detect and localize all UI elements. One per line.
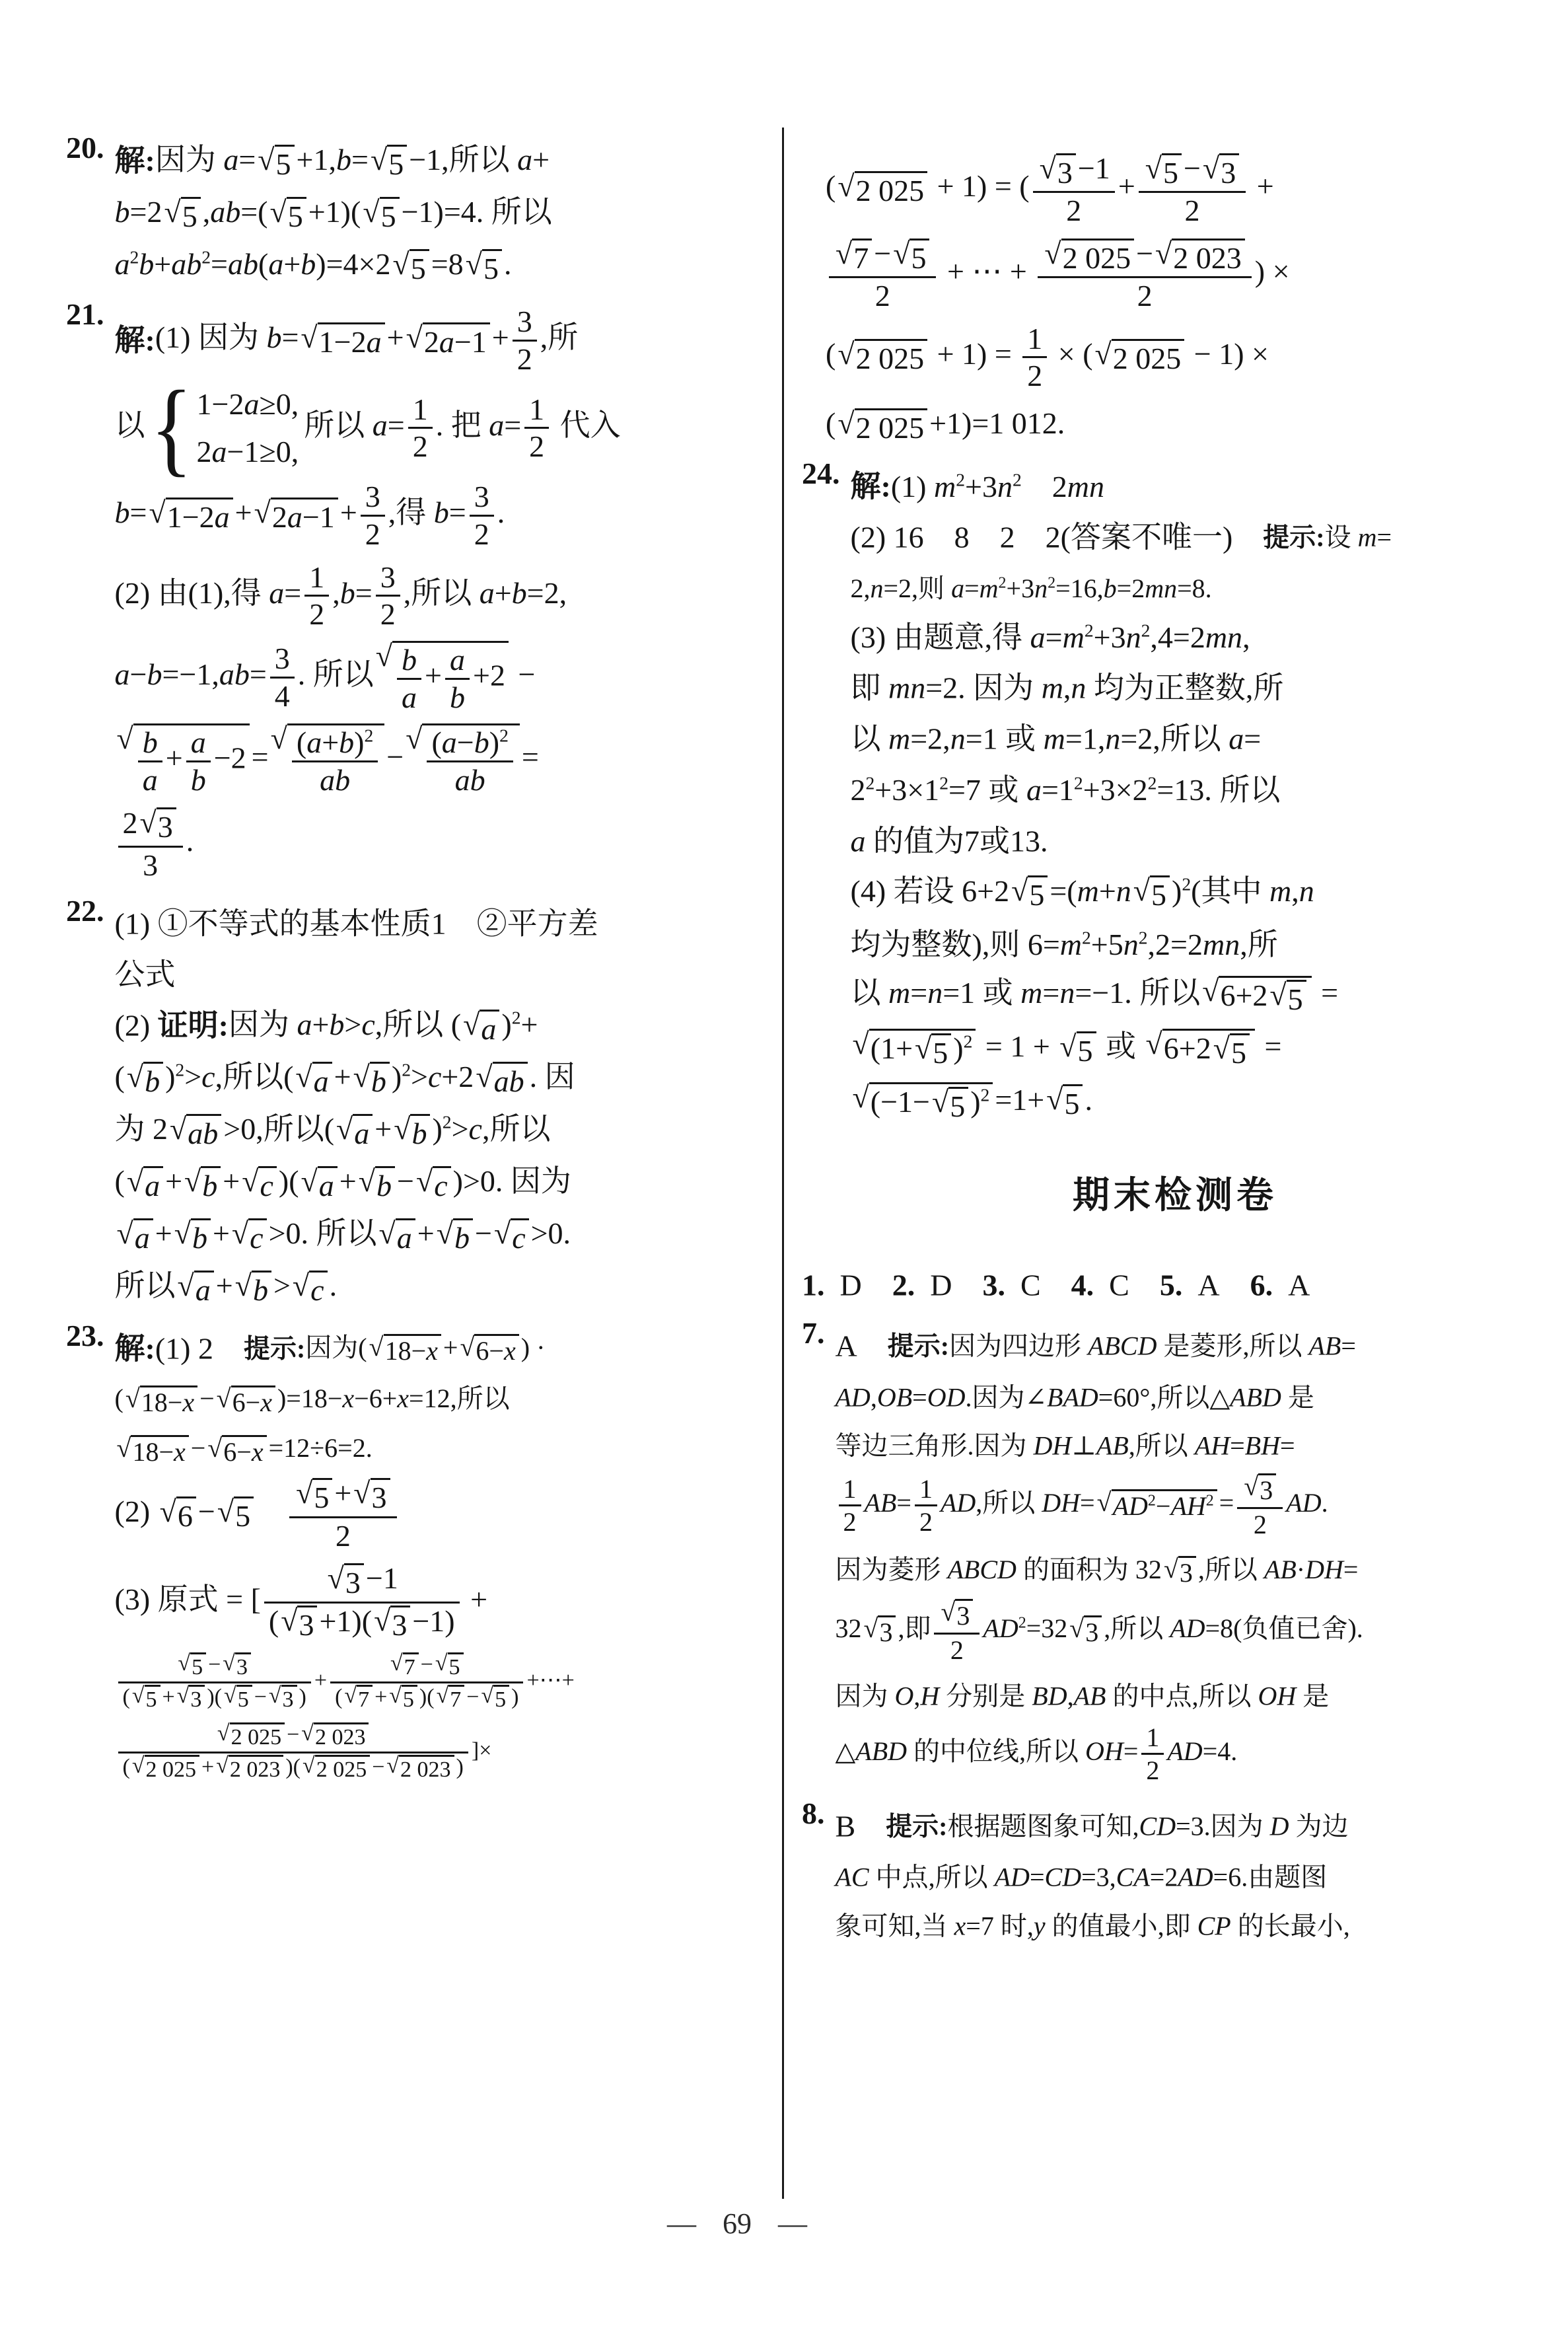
column-divider (782, 128, 784, 2199)
sqrt-radical: √5 (1046, 1084, 1083, 1121)
problem-22: 22.(1) ①不等式的基本性质1 ②平方差公式(2) 证明:因为 a+b>c,… (66, 892, 774, 1317)
sqrt-radical: √5 (1011, 875, 1048, 912)
sqrt-radical: √2 025 (837, 339, 927, 376)
sqrt-radical: √c (416, 1166, 451, 1203)
sqrt-radical: √3 (223, 1652, 251, 1680)
math-line: 象可知,当 x=7 时,y 的值最小,即 CP 的长最小, (836, 1904, 1549, 1942)
sqrt-radical: √7 (437, 1685, 465, 1713)
text-run: 因为 a+b>c,所以 (√a)2+ (229, 1008, 538, 1041)
text-run: (√b)2>c,所以(√a+√b)2>c+2√ab. 因 (115, 1060, 575, 1093)
sqrt-radical: √2a−1 (254, 498, 338, 535)
text-run: (√2 025 + 1) = 12 × (√2 025 − 1) × (826, 337, 1269, 371)
text-run: AD,OB=OD.因为∠BAD=60°,所以△ABD 是 (836, 1382, 1314, 1412)
sqrt-radical: √5 (363, 197, 399, 234)
text-run: △ABD 的中位线,所以 OH=12AD=4. (836, 1736, 1238, 1766)
problem-number: 20. (66, 129, 104, 167)
text-run: √(1+√5)2 = 1 + √5 或 √6+2√5 = (851, 1029, 1282, 1063)
page: 20.解:因为 a=√5+1,b=√5−1,所以 a+b=2√5,ab=(√5+… (0, 0, 1568, 2325)
fraction: 12 (1141, 1723, 1164, 1785)
fraction: 32 (361, 480, 385, 550)
sqrt-radical: √5 (178, 1652, 206, 1680)
math-line: 均为整数),则 6=m2+5n2,2=2mn,所 (851, 922, 1549, 963)
text-run: A (1273, 1269, 1310, 1302)
fraction: ba (397, 644, 421, 714)
text-run: 因为 O,H 分别是 BD,AB 的中点,所以 OH 是 (836, 1681, 1330, 1711)
fraction: ba (138, 726, 162, 796)
sqrt-radical: √3 (281, 1605, 317, 1642)
text-run: 6. (1250, 1269, 1273, 1302)
math-line: a−b=−1,ab=34. 所以√ba+ab+2 − (115, 641, 775, 714)
sqrt-radical: √a (379, 1218, 415, 1255)
sqrt-radical: √2 023 (216, 1755, 283, 1783)
problem-number: 24. (802, 455, 840, 493)
text-run: 2√33. (115, 824, 194, 858)
text-run: 因为 a=√5+1,b=√5−1,所以 a+ (155, 143, 550, 176)
sqrt-radical: √1−2a (149, 498, 232, 535)
text-run: (√2 025 + 1) = (√3−12+√5−√32 + (826, 169, 1274, 203)
text-run: B (836, 1810, 886, 1843)
math-line: √(1+√5)2 = 1 + √5 或 √6+2√5 = (851, 1027, 1549, 1070)
sqrt-radical: √5 (481, 1685, 509, 1713)
math-line: AC 中点,所以 AD=CD=3,CA=2AD=6.由题图 (836, 1855, 1549, 1894)
sqrt-radical: √5 (392, 249, 429, 286)
sqrt-radical: √5 (371, 145, 407, 182)
math-line: 公式 (115, 953, 775, 994)
math-line: (√18−x−√6−x)=18−x−6+x=12,所以 (115, 1378, 775, 1417)
math-line: 解:因为 a=√5+1,b=√5−1,所以 a+ (115, 139, 775, 181)
text-run: a−b=−1,ab=34. 所以√ba+ab+2 − (115, 657, 536, 691)
text-run: 解: (851, 470, 891, 503)
sqrt-radical: √5 (269, 197, 306, 234)
fraction: √7−√52 (829, 237, 936, 313)
sqrt-radical: √18−x (125, 1385, 197, 1418)
text-run: 设 m= (1325, 523, 1392, 552)
text-run: a2b+ab2=ab(a+b)=4×2√5=8√5. (115, 247, 512, 281)
sqrt-radical: √c (293, 1271, 328, 1308)
math-line: √5−√3(√5+√3)(√5−√3)+√7−√5(√7+√5)(√7−√5)+… (115, 1652, 775, 1713)
math-line: (√a+√b+√c)(√a+√b−√c)>0. 因为 (115, 1160, 775, 1202)
sqrt-radical: √5 (1133, 875, 1170, 912)
sqrt-radical: √6 (160, 1496, 196, 1533)
text-run: (2) √6−√5 √5+√32 (115, 1495, 400, 1528)
sqrt-radical: √3 (1244, 1473, 1276, 1506)
math-line: (4) 若设 6+2√5=(m+n√5)2(其中 m,n (851, 870, 1549, 912)
math-line: 为 2√ab>0,所以(√a+√b)2>c,所以 (115, 1108, 775, 1150)
sqrt-radical: √5 (1059, 1031, 1096, 1068)
text-run: 公式 (115, 958, 176, 992)
sqrt-radical: √3 (269, 1685, 297, 1713)
fraction: (a+b)2ab (292, 726, 378, 796)
fraction: √32 (934, 1598, 980, 1664)
text-run: 所以√a+√b>√c. (115, 1269, 338, 1302)
section-heading: 期末检测卷 (802, 1153, 1548, 1236)
sqrt-radical: √5 (1213, 1033, 1250, 1070)
text-run: (√a+√b+√c)(√a+√b−√c)>0. 因为 (115, 1164, 571, 1198)
text-run: √ba+ab−2=√(a+b)2ab−√(a−b)2ab= (115, 740, 539, 774)
text-run: (1) 2 (155, 1332, 244, 1366)
problem-8: 8.B 提示:根据题图象可知,CD=3.因为 D 为边AC 中点,所以 AD=C… (802, 1794, 1548, 1952)
text-run: C (1005, 1269, 1071, 1302)
problem-number: 7. (802, 1314, 825, 1352)
fraction: 32 (513, 305, 537, 375)
sqrt-radical: √2 025 (303, 1755, 370, 1783)
math-line: (2) √6−√5 √5+√32 (115, 1477, 775, 1552)
fraction: 34 (270, 642, 295, 712)
sqrt-radical: √b (174, 1218, 211, 1255)
fraction: √5−√32 (1139, 152, 1246, 227)
text-run: 因为菱形 ABCD 的面积为 32√3,所以 AB·DH= (836, 1555, 1359, 1584)
sqrt-radical: √3 (1069, 1615, 1102, 1648)
math-line: AD,OB=OD.因为∠BAD=60°,所以△ABD 是 (836, 1376, 1549, 1414)
text-run: 以 m=n=1 或 m=n=−1. 所以√6+2√5 = (851, 976, 1339, 1010)
text-run: 3. (982, 1269, 1005, 1302)
problem-24: 24.解:(1) m2+3n2 2mn(2) 16 8 2 2(答案不唯一) 提… (802, 455, 1548, 1133)
math-line: (3) 原式 = [√3−1(√3+1)(√3−1) + (115, 1562, 775, 1642)
fraction: 12 (1022, 322, 1047, 392)
fraction: 12 (524, 393, 549, 463)
fraction: 32 (376, 561, 400, 631)
sqrt-radical: √b (353, 1062, 390, 1099)
math-line: (√2 025 + 1) = (√3−12+√5−√32 + (826, 152, 1548, 227)
text-run: 因为四边形 ABCD 是菱形,所以 AB= (949, 1331, 1356, 1361)
sqrt-radical: √ba+ab+2 (376, 641, 509, 714)
text-run: (4) 若设 6+2√5=(m+n√5)2(其中 m,n (851, 874, 1314, 908)
sqrt-radical: √18−x (369, 1334, 441, 1366)
math-line: (2) 16 8 2 2(答案不唯一) 提示:设 m= (851, 515, 1549, 556)
sqrt-radical: √a (127, 1166, 163, 1203)
sqrt-radical: √2 025 (837, 408, 927, 445)
text-run: A (1182, 1269, 1250, 1302)
sqrt-radical: √5 (224, 1685, 252, 1713)
text-run: √2 025−√2 023(√2 025+√2 023)(√2 025−√2 0… (115, 1738, 492, 1763)
math-line: 以{1−2a≥0,2a−1≥0,所以 a=12. 把 a=12 代入 (115, 385, 775, 470)
text-run: √(−1−√5)2=1+√5. (851, 1083, 1092, 1117)
sqrt-radical: √3 (1040, 153, 1076, 190)
problem-7: 7.A 提示:因为四边形 ABCD 是菱形,所以 AB=AD,OB=OD.因为∠… (802, 1314, 1548, 1794)
fraction: √32 (1237, 1472, 1283, 1538)
sqrt-radical: √a (463, 1010, 499, 1047)
sqrt-radical: √5 (296, 1478, 332, 1515)
math-line: √ba+ab−2=√(a+b)2ab−√(a−b)2ab= (115, 723, 775, 796)
text-run: (3) 由题意,得 a=m2+3n2,4=2mn, (851, 620, 1250, 654)
sqrt-radical: √3 (177, 1685, 205, 1713)
problem-20: 20.解:因为 a=√5+1,b=√5−1,所以 a+b=2√5,ab=(√5+… (66, 129, 774, 295)
sqrt-radical: √5 (1269, 980, 1306, 1017)
fraction: 12 (915, 1475, 937, 1536)
sqrt-radical: √5 (389, 1685, 417, 1713)
brace-cases: {1−2a≥0,2a−1≥0, (151, 385, 299, 470)
math-line: 因为菱形 ABCD 的面积为 32√3,所以 AB·DH= (836, 1549, 1549, 1588)
math-line: 1. D 2. D 3. C 4. C 5. A 6. A (802, 1263, 1548, 1304)
problem-number: 22. (66, 892, 104, 930)
math-line: 12AB=12AD,所以 DH=√AD2−AH2=√32AD. (836, 1472, 1549, 1538)
math-line: (1) ①不等式的基本性质1 ②平方差 (115, 902, 775, 943)
fraction: 12 (408, 393, 433, 463)
left-column: 20.解:因为 a=√5+1,b=√5−1,所以 a+b=2√5,ab=(√5+… (66, 129, 774, 1792)
math-line: △ABD 的中位线,所以 OH=12AD=4. (836, 1723, 1549, 1785)
sqrt-radical: √5 (132, 1685, 160, 1713)
text-run: 1. (802, 1269, 825, 1302)
text-run: (2) 16 8 2 2(答案不唯一) (851, 521, 1264, 554)
fraction: 12 (839, 1475, 861, 1536)
sqrt-radical: √2 023 (301, 1722, 369, 1750)
text-run: b=√1−2a+√2a−1+32,得 b=32. (115, 496, 505, 529)
sqrt-radical: √ba+ab−2 (117, 723, 250, 796)
fraction: √5+√32 (289, 1477, 396, 1552)
text-run: 以 m=2,n=1 或 m=1,n=2,所以 a= (851, 722, 1262, 756)
sqrt-radical: √2 023 (1155, 239, 1245, 276)
text-run: (√18−x−√6−x)=18−x−6+x=12,所以 (115, 1384, 510, 1413)
sqrt-radical: √1−2a (301, 322, 384, 359)
sqrt-radical: √3 (1203, 153, 1239, 190)
text-run: 2,n=2,则 a=m2+3n2=16,b=2mn=8. (851, 573, 1212, 603)
sqrt-radical: √b (359, 1166, 395, 1203)
sqrt-radical: √2 025 (217, 1722, 285, 1750)
section-title: 期末检测卷 (802, 1173, 1548, 1219)
text-run: √7−√52 + ⋯ + √2 025−√2 0232) × (826, 254, 1290, 288)
sqrt-radical: √6+2√5 (1202, 976, 1311, 1017)
text-run: 5. (1160, 1269, 1183, 1302)
text-run: 提示: (886, 1811, 947, 1841)
sqrt-radical: √b (184, 1166, 221, 1203)
problem-23: 23.解:(1) 2 提示:因为(√18−x+√6−x) ·(√18−x−√6−… (66, 1317, 774, 1792)
sqrt-radical: √6−x (217, 1385, 275, 1418)
text-run: C (1094, 1269, 1160, 1302)
math-line: (2) 由(1),得 a=12,b=32,所以 a+b=2, (115, 561, 775, 631)
text-run: AC 中点,所以 AD=CD=3,CA=2AD=6.由题图 (836, 1863, 1328, 1892)
page-number: 69 (723, 2207, 752, 2240)
sqrt-radical: √5 (435, 1652, 464, 1680)
sqrt-radical: √b (437, 1218, 473, 1255)
text-run: (2) 由(1),得 a=12,b=32,所以 a+b=2, (115, 576, 567, 610)
math-line: 以 m=n=1 或 m=n=−1. 所以√6+2√5 = (851, 973, 1549, 1017)
sqrt-radical: √5 (932, 1087, 968, 1124)
text-run: 等边三角形.因为 DH⊥AB,所以 AH=BH= (836, 1430, 1295, 1460)
sqrt-radical: √3 (328, 1563, 364, 1600)
text-run: (3) 原式 = [√3−1(√3+1)(√3−1) + (115, 1582, 488, 1616)
text-run: D (915, 1269, 982, 1302)
text-run: 22+3×12=7 或 a=12+3×22=13. 所以 (851, 773, 1281, 807)
text-run: √18−x−√6−x=12÷6=2. (115, 1433, 373, 1463)
text-run: (√2 025+1)=1 012. (826, 406, 1065, 440)
math-line: A 提示:因为四边形 ABCD 是菱形,所以 AB= (836, 1324, 1549, 1365)
math-line: 32√3,即√32AD2=32√3,所以 AD=8(负值已舍). (836, 1598, 1549, 1664)
math-line: 解:(1) m2+3n2 2mn (851, 464, 1549, 505)
fraction: √3−12 (1033, 152, 1115, 227)
text-run: 解: (115, 144, 155, 178)
math-line: b=√1−2a+√2a−1+32,得 b=32. (115, 480, 775, 550)
text-run: √5−√3(√5+√3)(√5−√3)+√7−√5(√7+√5)(√7−√5)+… (115, 1668, 575, 1693)
text-run: 象可知,当 x=7 时,y 的值最小,即 CP 的长最小, (836, 1911, 1350, 1940)
problem-23-continuation: (√2 025 + 1) = (√3−12+√5−√32 +√7−√52 + ⋯… (802, 142, 1548, 455)
text-run: 提示: (244, 1334, 305, 1364)
sqrt-radical: √a (178, 1271, 214, 1308)
problem-number: 8. (802, 1794, 825, 1833)
footer-dash-left: — (667, 2207, 696, 2240)
sqrt-radical: √5 (164, 197, 200, 234)
sqrt-radical: √7 (836, 239, 872, 276)
text-run: 提示: (888, 1331, 949, 1361)
sqrt-radical: √6−x (207, 1435, 266, 1467)
text-run: 以{1−2a≥0,2a−1≥0,所以 a=12. 把 a=12 代入 (115, 408, 621, 442)
sqrt-radical: √b (394, 1114, 430, 1151)
sqrt-radical: √a (336, 1114, 373, 1151)
text-run: 因为(√18−x+√6−x) · (305, 1333, 545, 1362)
math-line: √2 025−√2 023(√2 025+√2 023)(√2 025−√2 0… (115, 1722, 775, 1783)
sqrt-radical: √2a−1 (406, 322, 490, 359)
sqrt-radical: √18−x (117, 1435, 189, 1467)
sqrt-radical: √2 025 (1095, 339, 1185, 376)
text-run: b=2√5,ab=(√5+1)(√5−1)=4. 所以 (115, 195, 552, 229)
sqrt-radical: √7 (344, 1685, 373, 1713)
sqrt-radical: √(1+√5)2 (853, 1029, 976, 1070)
text-run: 根据题图象可知,CD=3.因为 D 为边 (948, 1811, 1349, 1841)
text-run: (1) m2+3n2 2mn (891, 470, 1104, 503)
text-run: 4. (1071, 1269, 1094, 1302)
fraction: 32 (470, 480, 494, 550)
text-run: (1) ①不等式的基本性质1 ②平方差 (115, 906, 598, 940)
math-line: √7−√52 + ⋯ + √2 025−√2 0232) × (826, 237, 1548, 313)
text-run: A (836, 1329, 888, 1363)
text-run: 证明: (158, 1009, 229, 1043)
problem-21: 21.解:(1) 因为 b=√1−2a+√2a−1+32,所以{1−2a≥0,2… (66, 295, 774, 892)
sqrt-radical: √3 (1164, 1556, 1196, 1588)
math-line: (√b)2>c,所以(√a+√b)2>c+2√ab. 因 (115, 1056, 775, 1098)
fraction: √7−√5(√7+√5)(√7−√5) (330, 1652, 523, 1713)
math-line: √a+√b+√c>0. 所以√a+√b−√c>0. (115, 1212, 775, 1255)
problem-number: 23. (66, 1317, 104, 1355)
math-line: (√2 025+1)=1 012. (826, 402, 1548, 445)
sqrt-radical: √5 (915, 1033, 951, 1070)
fraction: (a−b)2ab (427, 726, 513, 796)
math-line: (2) 证明:因为 a+b>c,所以 (√a)2+ (115, 1004, 775, 1046)
sqrt-radical: √b (235, 1271, 271, 1308)
math-line: 以 m=2,n=1 或 m=1,n=2,所以 a= (851, 717, 1549, 758)
footer-dash-right: — (778, 2207, 807, 2240)
fraction: √3−1(√3+1)(√3−1) (264, 1562, 460, 1642)
math-line: 22+3×12=7 或 a=12+3×22=13. 所以 (851, 768, 1549, 809)
sqrt-radical: √5 (466, 249, 502, 286)
sqrt-radical: √2 025 (1044, 239, 1134, 276)
sqrt-radical: √5 (258, 145, 294, 182)
sqrt-radical: √3 (353, 1478, 390, 1515)
math-line: a 的值为7或13. (851, 819, 1549, 860)
fraction: ab (186, 726, 211, 796)
problem-number: 21. (66, 295, 104, 334)
sqrt-radical: √a (301, 1166, 338, 1203)
math-line: 即 mn=2. 因为 m,n 均为正整数,所 (851, 666, 1549, 707)
right-column: (√2 025 + 1) = (√3−12+√5−√32 +√7−√52 + ⋯… (802, 142, 1548, 1952)
sqrt-radical: √2 025 (837, 171, 927, 208)
text-run: 为 2√ab>0,所以(√a+√b)2>c,所以 (115, 1112, 551, 1146)
text-run: 解: (115, 324, 155, 357)
math-line: a2b+ab2=ab(a+b)=4×2√5=8√5. (115, 243, 775, 285)
sqrt-radical: √5 (217, 1496, 254, 1533)
math-line: b=2√5,ab=(√5+1)(√5−1)=4. 所以 (115, 191, 775, 233)
sqrt-radical: √3 (864, 1615, 896, 1648)
sqrt-radical: √a (295, 1062, 332, 1099)
text-run: 解: (115, 1332, 155, 1366)
math-line: 解:(1) 因为 b=√1−2a+√2a−1+32,所 (115, 305, 775, 375)
text-run: 12AB=12AD,所以 DH=√AD2−AH2=√32AD. (836, 1488, 1328, 1518)
text-run: (1) 因为 b=√1−2a+√2a−1+32,所 (155, 320, 578, 354)
sqrt-radical: √ab (170, 1114, 221, 1151)
fraction: √5−√3(√5+√3)(√5−√3) (118, 1652, 311, 1713)
math-line: 2,n=2,则 a=m2+3n2=16,b=2mn=8. (851, 566, 1549, 605)
text-run: a 的值为7或13. (851, 824, 1048, 858)
math-line: 所以√a+√b>√c. (115, 1265, 775, 1307)
text-run: √a+√b+√c>0. 所以√a+√b−√c>0. (115, 1216, 571, 1250)
math-line: 因为 O,H 分别是 BD,AB 的中点,所以 OH 是 (836, 1674, 1549, 1713)
fraction: 12 (304, 561, 329, 631)
fraction: ab (445, 644, 470, 714)
sqrt-radical: √5 (1145, 153, 1182, 190)
sqrt-radical: √3 (941, 1599, 973, 1631)
text-run: 即 mn=2. 因为 m,n 均为正整数,所 (851, 671, 1284, 705)
sqrt-radical: √3 (140, 807, 176, 844)
math-line: 等边三角形.因为 DH⊥AB,所以 AH=BH= (836, 1424, 1549, 1462)
sqrt-radical: √3 (374, 1605, 410, 1642)
sqrt-radical: √2 023 (386, 1755, 454, 1783)
sqrt-radical: √c (494, 1218, 529, 1255)
sqrt-radical: √(a+b)2ab (271, 723, 385, 796)
text-run: 32√3,即√32AD2=32√3,所以 AD=8(负值已舍). (836, 1613, 1363, 1643)
sqrt-radical: √ab (476, 1062, 527, 1099)
answer-row: 1. D 2. D 3. C 4. C 5. A 6. A (802, 1253, 1548, 1314)
sqrt-radical: √(−1−√5)2 (853, 1082, 993, 1123)
math-line: √(−1−√5)2=1+√5. (851, 1080, 1549, 1123)
math-line: √18−x−√6−x=12÷6=2. (115, 1427, 775, 1467)
math-line: B 提示:根据题图象可知,CD=3.因为 D 为边 (836, 1804, 1549, 1845)
fraction: √2 025−√2 0232 (1038, 237, 1251, 313)
math-line: (√2 025 + 1) = 12 × (√2 025 − 1) × (826, 322, 1548, 392)
sqrt-radical: √a (117, 1218, 153, 1255)
sqrt-radical: √(a−b)2ab (406, 723, 520, 796)
sqrt-radical: √b (127, 1062, 163, 1099)
text-run: 2. (892, 1269, 915, 1302)
text-run: D (825, 1269, 892, 1302)
sqrt-radical: √7 (390, 1652, 419, 1680)
sqrt-radical: √2 025 (132, 1755, 199, 1783)
fraction: √2 025−√2 023(√2 025+√2 023)(√2 025−√2 0… (118, 1722, 468, 1783)
sqrt-radical: √c (232, 1218, 267, 1255)
sqrt-radical: √c (242, 1166, 277, 1203)
math-line: 2√33. (115, 807, 775, 882)
text-run: 提示: (1263, 523, 1324, 552)
sqrt-radical: √5 (893, 239, 929, 276)
page-footer: —69— (654, 2207, 820, 2240)
math-line: 解:(1) 2 提示:因为(√18−x+√6−x) · (115, 1327, 775, 1368)
text-run: 均为整数),则 6=m2+5n2,2=2mn,所 (851, 928, 1278, 961)
sqrt-radical: √AD2−AH2 (1097, 1489, 1217, 1522)
sqrt-radical: √6−x (460, 1334, 518, 1366)
sqrt-radical: √6+2√5 (1146, 1029, 1255, 1070)
text-run: (2) (115, 1009, 158, 1043)
fraction: 2√33 (118, 807, 183, 882)
math-line: (3) 由题意,得 a=m2+3n2,4=2mn, (851, 615, 1549, 656)
